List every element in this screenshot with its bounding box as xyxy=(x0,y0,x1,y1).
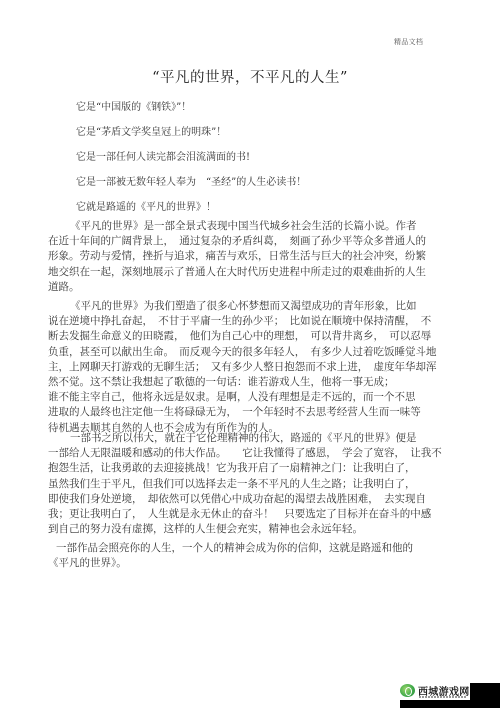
text-line: 说在逆境中挣扎奋起， 不甘于平庸一生的孙少平； 比如说在顺境中保持清醒， 不 xyxy=(48,314,452,329)
short-line: 它就是路遥的《平凡的世界》！ xyxy=(76,198,216,213)
text-line: 即使我们身处逆境， 却依然可以凭借心中成功奋起的渴望去战胜困难， 去实现自 xyxy=(48,492,452,507)
text-line: 在近十年间的广阔背景上， 通过复杂的矛盾纠葛， 刻画了孙少平等众多普通人的 xyxy=(48,234,452,249)
text-line: 断去发掘生命意义的田晓霞， 他们为自己心中的理想， 可以背井离乡， 可以忍辱 xyxy=(48,329,452,344)
paragraph-1: 《平凡的世界》是一部全景式表现中国当代城乡社会生活的长篇小说。作者 在近十年间的… xyxy=(48,219,452,295)
text-line: 然不觉。这不禁让我想起了歌德的一句话：谁若游戏人生，他将一事无成； xyxy=(48,375,452,390)
short-line: 它是一部任何人读完都会泪流满面的书! xyxy=(76,148,250,163)
text-line: 负重，甚至可以献出生命。 而反观今天的很多年轻人， 有多少人过着吃饭睡觉斗地 xyxy=(48,345,452,360)
text-line: 谁不能主宰自己，他将永远是奴隶。是啊，人没有理想是走不远的，而一个不思 xyxy=(48,390,452,405)
black-bottom-strip xyxy=(400,700,500,708)
text-line: 一部作品会照亮你的人生，一个人的精神会成为你的信仰，这就是路遥和他的 xyxy=(48,541,452,556)
text-line: 到自己的努力没有虚掷，这样的人生便会充实，精神也会永远年轻。 xyxy=(48,522,452,537)
text-line: 虽然我们生于平凡，但我们可以选择去走一条不平凡的人生之路；让我明白了， xyxy=(48,477,452,492)
short-line: 它是一部被无数年轻人奉为 “圣经”的人生必读书！ xyxy=(76,173,306,188)
text-line: 我；更让我明白了， 人生就是永无休止的奋斗！ 只要选定了目标并在奋斗的中感 xyxy=(48,507,452,522)
paragraph-3: 一部书之所以伟大，就在于它伦理精神的伟大，路遥的《平凡的世界》便是 一部给人无限… xyxy=(48,431,452,537)
text-line: 道路。 xyxy=(48,280,452,295)
text-line: 《平凡的世界》为我们塑造了很多心怀梦想而又渴望成功的青年形象，比如 xyxy=(48,299,452,314)
text-line: 《平凡的世界》。 xyxy=(48,556,452,571)
text-line: 进取的人最终也注定他一生将碌碌无为， 一个年轻时不去思考经营人生而一味等 xyxy=(48,405,452,420)
watermark-logo: 西城游戏网 xyxy=(400,680,470,700)
text-line: 一部给人无限温暖和感动的伟大作品。 它让我懂得了感恩， 学会了宽容， 让我不 xyxy=(48,446,452,461)
text-line: 形象。劳动与爱情，挫折与追求，痛苦与欢乐，日常生活与巨大的社会冲突，纷繁 xyxy=(48,249,452,264)
text-line: 地交织在一起，深刻地展示了普通人在大时代历史进程中所走过的艰难曲折的人生 xyxy=(48,265,452,280)
text-line: 抱怨生活，让我勇敢的去迎接挑战！它为我开启了一扇精神之门：让我明白了， xyxy=(48,461,452,476)
short-line: 它是“中国版的《钢铁》”！ xyxy=(76,98,191,113)
leaf-logo-icon xyxy=(400,684,415,697)
short-line: 它是“茅盾文学奖皇冠上的明珠”！ xyxy=(76,123,226,138)
paragraph-2: 《平凡的世界》为我们塑造了很多心怀梦想而又渴望成功的青年形象，比如 说在逆境中挣… xyxy=(48,299,452,436)
paragraph-4: 一部作品会照亮你的人生，一个人的精神会成为你的信仰，这就是路遥和他的 《平凡的世… xyxy=(48,541,452,571)
text-line: 主，上网聊天打游戏的无聊生活； 又有多少人整日抱怨而不求上进， 虚度年华却浑 xyxy=(48,360,452,375)
text-line: 《平凡的世界》是一部全景式表现中国当代城乡社会生活的长篇小说。作者 xyxy=(48,219,452,234)
text-line: 一部书之所以伟大，就在于它伦理精神的伟大，路遥的《平凡的世界》便是 xyxy=(48,431,452,446)
document-title: “平凡的世界，不平凡的人生” xyxy=(0,66,500,87)
watermark-subtext xyxy=(419,696,467,698)
header-tag: 精品文档 xyxy=(394,37,423,47)
